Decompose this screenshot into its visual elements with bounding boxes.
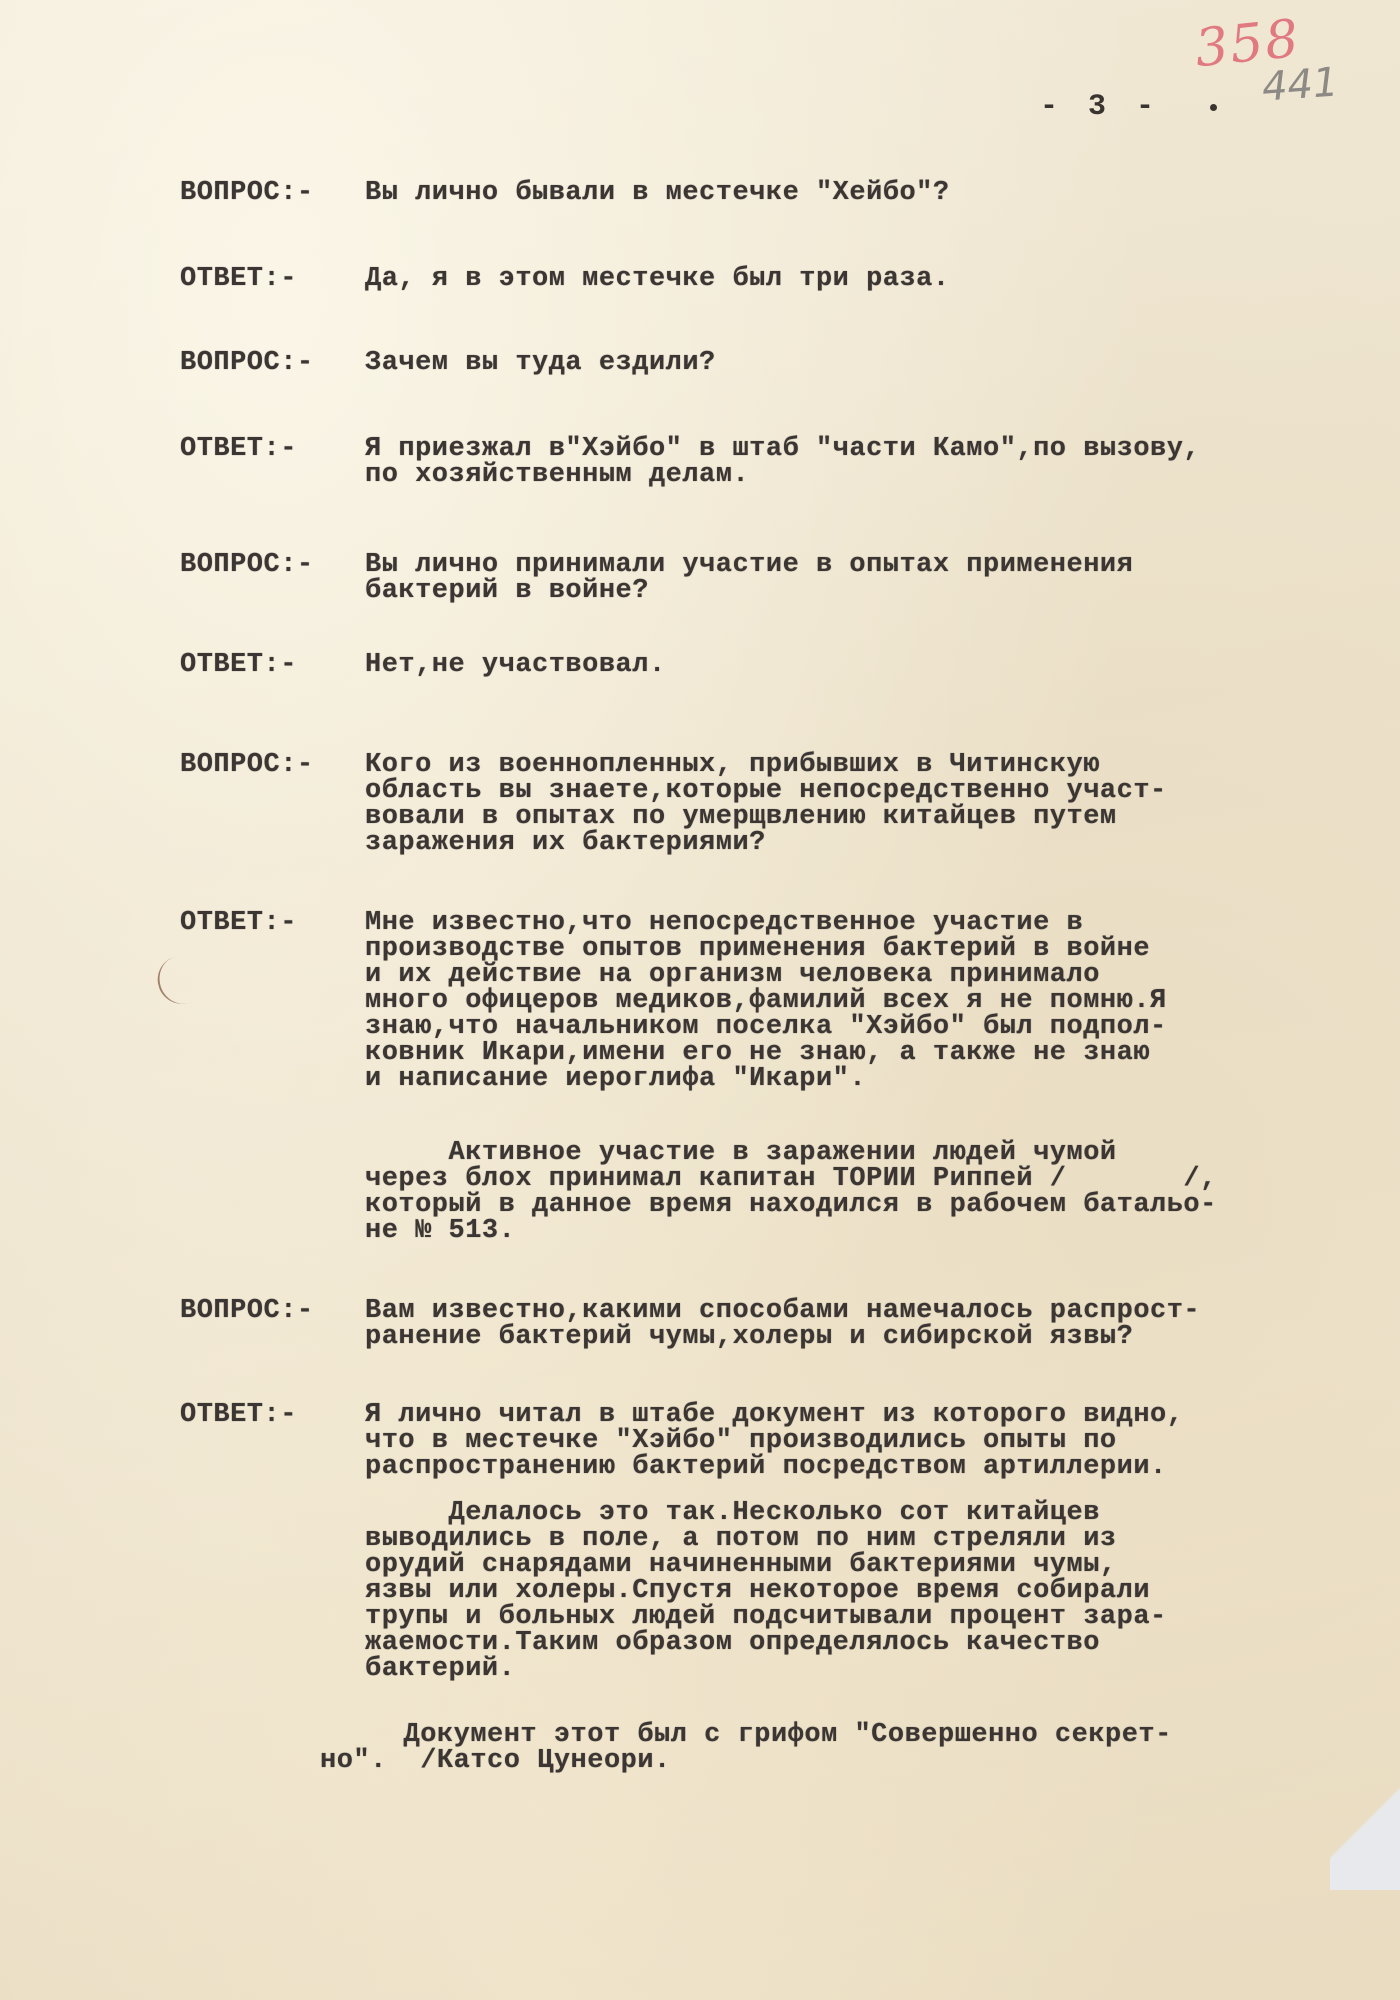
entry-text: Кого из военнопленных, прибывших в Читин… [365, 752, 1385, 856]
entry-label: ОТВЕТ:- [180, 652, 297, 678]
entry-text: Вам известно,какими способами намечалось… [365, 1298, 1385, 1350]
entry-text: Вы лично бывали в местечке "Хейбо"? [365, 180, 1385, 206]
entry-label: ОТВЕТ:- [180, 436, 297, 462]
closing-paragraph-signature: Документ этот был с грифом "Совершенно с… [320, 1722, 1340, 1774]
entry-text: Зачем вы туда ездили? [365, 350, 1385, 376]
answer-continuation-paragraph: Активное участие в заражении людей чумой… [365, 1140, 1385, 1244]
entry-label: ОТВЕТ:- [180, 1402, 297, 1428]
page-number: - 3 - [1040, 90, 1160, 124]
ink-dot [1210, 104, 1217, 111]
entry-text: Мне известно,что непосредственное участи… [365, 910, 1385, 1092]
entry-label: ВОПРОС:- [180, 350, 314, 376]
entry-text: Да, я в этом местечке был три раза. [365, 266, 1385, 292]
entry-label: ВОПРОС:- [180, 552, 314, 578]
entry-label: ВОПРОС:- [180, 180, 314, 206]
entry-label: ВОПРОС:- [180, 752, 314, 778]
torn-page-corner [1330, 1760, 1400, 1890]
entry-text: Я лично читал в штабе документ из которо… [365, 1402, 1385, 1480]
archive-folio-number-pencil: 441 [1260, 59, 1339, 110]
entry-label: ВОПРОС:- [180, 1298, 314, 1324]
margin-pencil-mark [152, 955, 193, 1009]
entry-label: ОТВЕТ:- [180, 910, 297, 936]
entry-text: Нет,не участвовал. [365, 652, 1385, 678]
entry-label: ОТВЕТ:- [180, 266, 297, 292]
entry-text: Вы лично принимали участие в опытах прим… [365, 552, 1385, 604]
answer-continuation-paragraph: Делалось это так.Несколько сот китайцев … [365, 1500, 1385, 1682]
entry-text: Я приезжал в"Хэйбо" в штаб "части Камо",… [365, 436, 1385, 488]
